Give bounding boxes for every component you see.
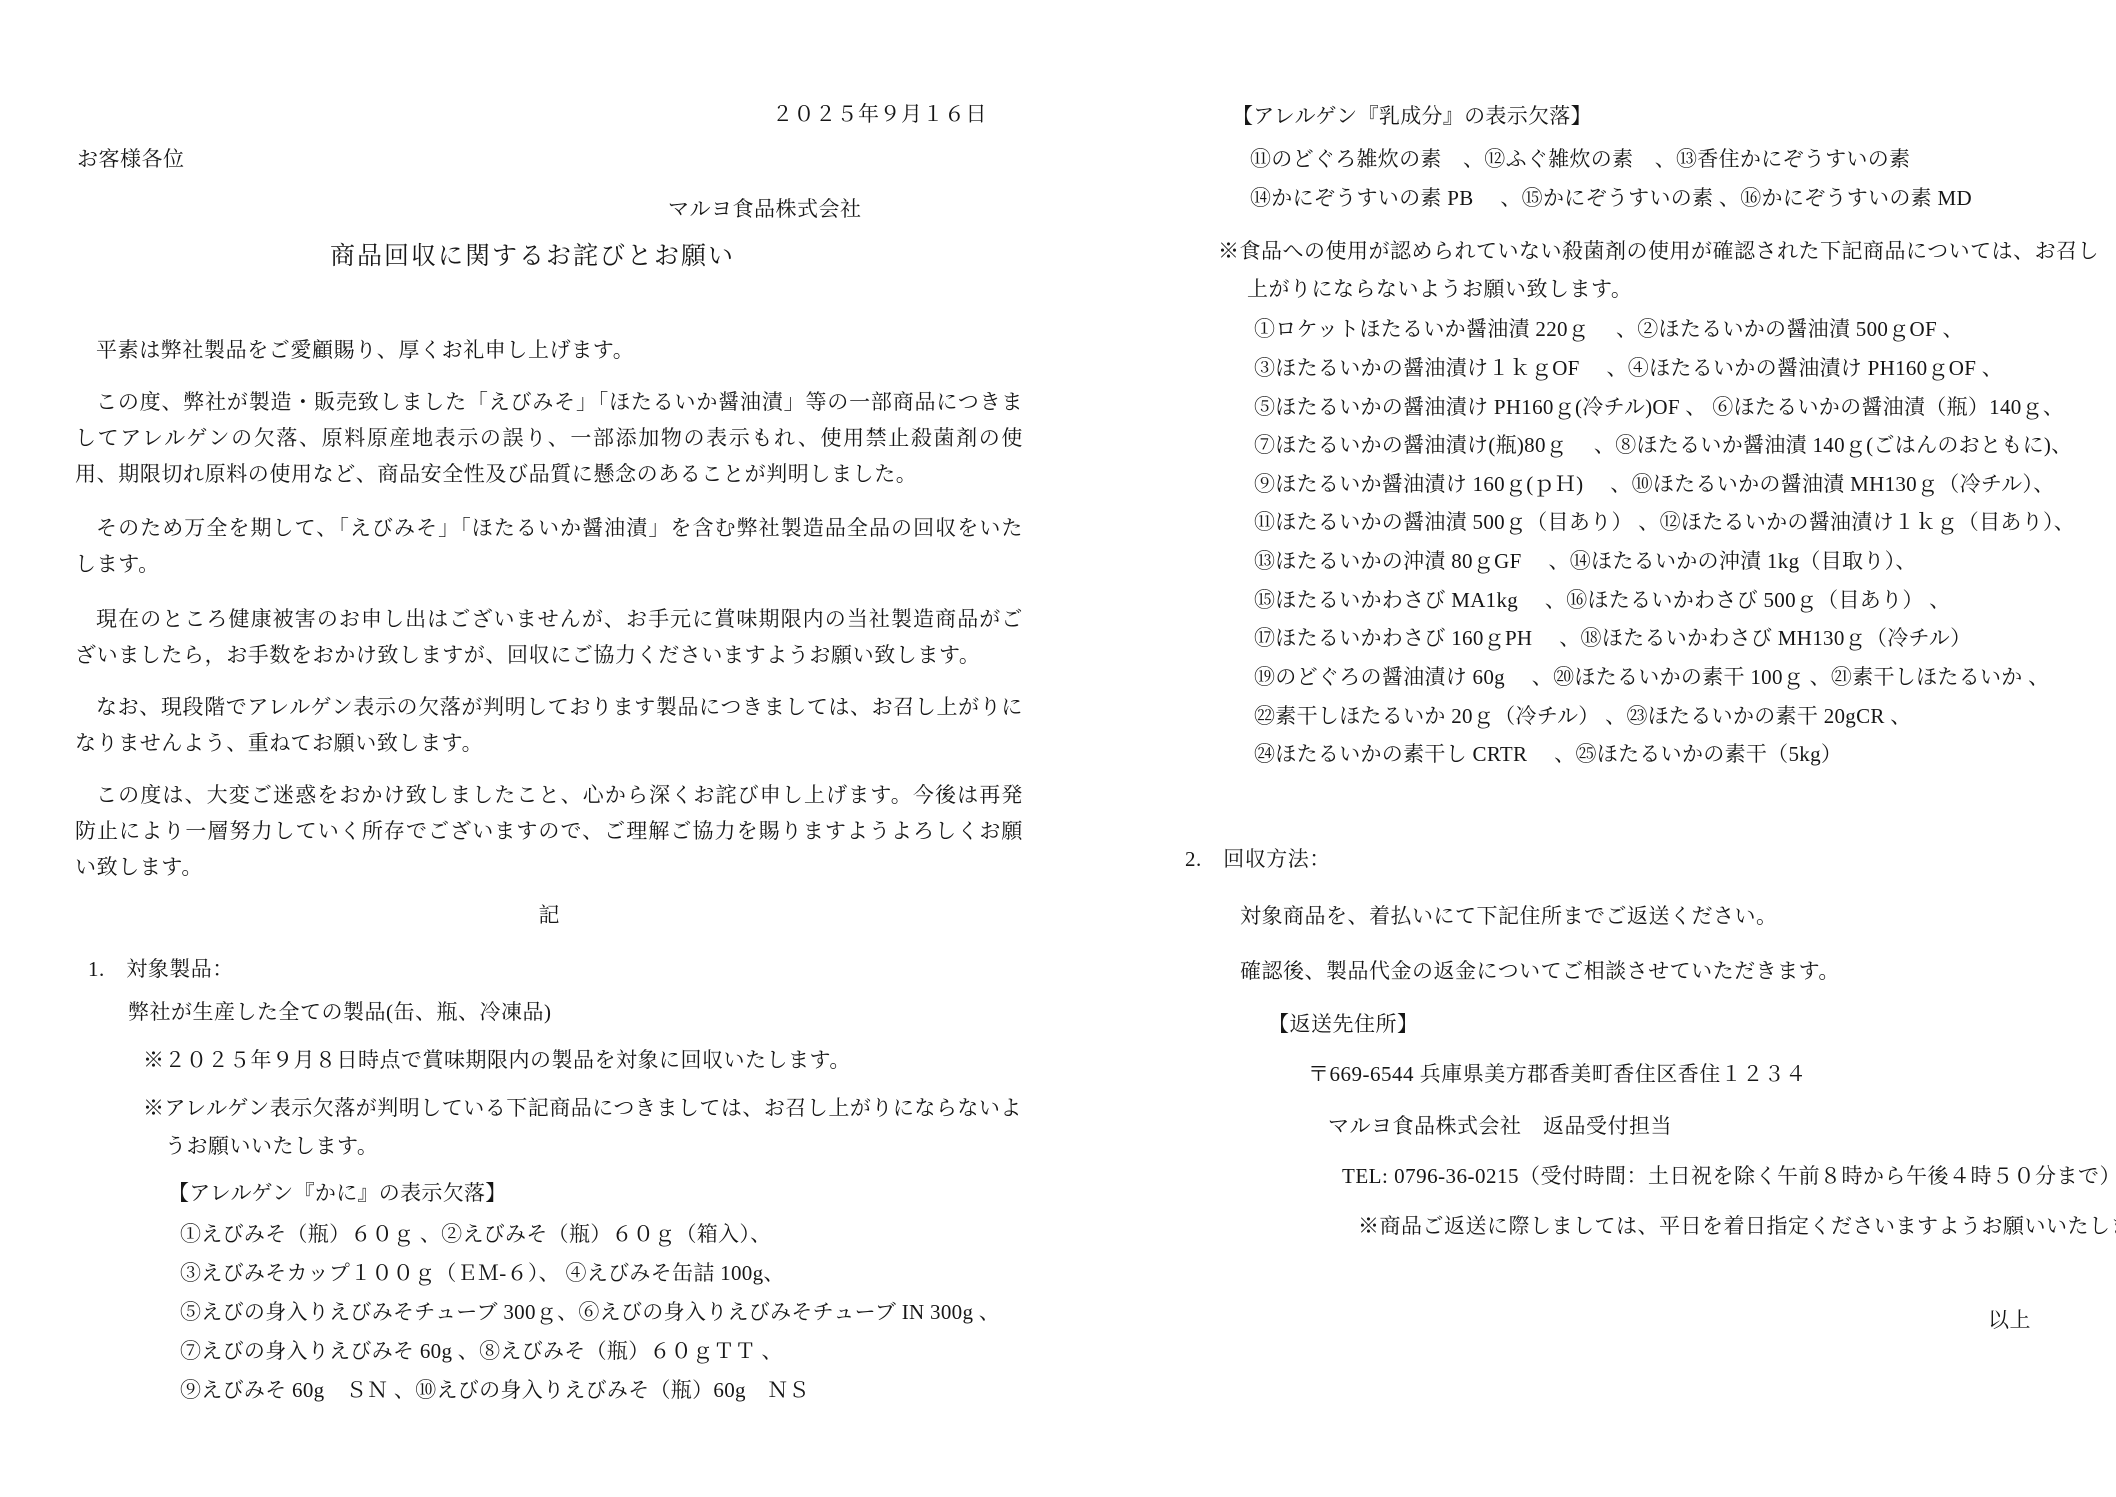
kani-item-line: ⑨えびみそ 60g ＳＮ 、⑩えびの身入りえびみそ（瓶）60g ＮＳ [180,1374,810,1404]
return-instruction: 対象商品を、着払いにて下記住所までご返送ください。 [1240,898,1778,934]
disinfectant-item-line: ⑲のどぐろの醤油漬け 60g 、⑳ほたるいかの素干 100ｇ 、㉑素干しほたるい… [1254,661,2049,691]
disinfectant-item-line: ⑦ほたるいかの醤油漬け(瓶)80ｇ 、⑧ほたるいか醤油漬 140ｇ(ごはんのおと… [1254,429,2072,459]
kani-item-line: ⑤えびの身入りえびみそチューブ 300ｇ、⑥えびの身入りえびみそチューブ IN … [180,1296,1000,1326]
disinfectant-item-line: ⑤ほたるいかの醤油漬け PH160ｇ(冷チル)OF 、 ⑥ほたるいかの醤油漬（瓶… [1254,391,2064,421]
section2-heading: 2. 回収方法： [1185,841,1331,877]
refund-note: 確認後、製品代金の返金についてご相談させていただきます。 [1240,953,1840,989]
tel-line: TEL: 0796-36-0215（受付時間：土日祝を除く午前８時から午後４時５… [1342,1158,2116,1194]
document-title: 商品回収に関するお詫びとお願い [330,236,735,272]
disinfectant-item-line: ①ロケットほたるいか醤油漬 220ｇ 、②ほたるいかの醤油漬 500ｇOF 、 [1254,313,1964,343]
recall-notice-document: ２０２５年９月１６日 お客様各位 マルヨ食品株式会社 商品回収に関するお詫びとお… [0,0,2116,1497]
salutation: お客様各位 [77,141,185,177]
nyu-item-line: ⑭かにぞうすいの素 PB 、⑮かにぞうすいの素 、⑯かにぞうすいの素 MD [1250,182,1972,212]
kani-item-line: ⑦えびの身入りえびみそ 60g 、⑧えびみそ（瓶）６０ｇＴＴ 、 [180,1335,783,1365]
body-paragraph: この度は、大変ご迷惑をおかけ致しましたこと、心から深くお詫び申し上げます。今後は… [75,777,1023,885]
document-date: ２０２５年９月１６日 [772,96,987,132]
closing-ijou: 以上 [1988,1302,2031,1338]
nyu-allergen-heading: 【アレルゲン『乳成分』の表示欠落】 [1232,100,1592,130]
disinfectant-item-line: ㉔ほたるいかの素干し CRTR 、㉕ほたるいかの素干（5kg） [1254,738,1842,768]
ki-marker: 記 [75,899,1023,929]
body-paragraph: なお、現段階でアレルゲン表示の欠落が判明しております製品につきましては、お召し上… [75,689,1023,761]
disinfectant-note-line2: 上がりにならないようお願い致します。 [1247,271,1632,307]
body-paragraph: そのため万全を期して、「えびみそ」「ほたるいか醤油漬」を含む弊社製造品全品の回収… [75,510,1023,582]
section1-heading: 1. 対象製品： [88,951,234,987]
note-recall-date: ※２０２５年９月８日時点で賞味期限内の製品を対象に回収いたします。 [143,1042,851,1078]
disinfectant-item-line: ⑪ほたるいかの醤油漬 500ｇ（目あり） 、⑫ほたるいかの醤油漬け１ｋｇ（目あり… [1254,506,2075,536]
recall-scope: 弊社が生産した全ての製品(缶、瓶、冷凍品) [128,994,552,1030]
disinfectant-item-line: ⑨ほたるいか醤油漬け 160ｇ(ｐＨ) 、⑩ほたるいかの醤油漬 MH130ｇ（冷… [1254,468,2055,498]
disinfectant-item-line: ⑰ほたるいかわさび 160ｇPH 、⑱ほたるいかわさび MH130ｇ（冷チル） [1254,622,1971,652]
postal-address: 〒669-6544 兵庫県美方郡香美町香住区香住１２３４ [1308,1056,1807,1092]
nyu-item-line: ⑪のどぐろ雑炊の素 、⑫ふぐ雑炊の素 、⑬香住かにぞうすいの素 [1250,143,1910,173]
weekday-note: ※商品ご返送に際しましては、平日を着日指定くださいますようお願いいたします。 [1358,1208,2116,1244]
disinfectant-item-line: ⑬ほたるいかの沖漬 80ｇGF 、⑭ほたるいかの沖漬 1kg（目取り）、 [1254,545,1917,575]
disinfectant-item-line: ㉒素干しほたるいか 20ｇ（冷チル） 、㉓ほたるいかの素干 20gCR 、 [1254,700,1912,730]
note-allergen-line2: うお願いいたします。 [165,1128,378,1164]
kani-allergen-heading: 【アレルゲン『かに』の表示欠落】 [168,1177,507,1207]
disinfectant-item-line: ⑮ほたるいかわさび MA1kg 、⑯ほたるいかわさび 500ｇ（目あり） 、 [1254,584,1951,614]
kani-item-line: ③えびみそカップ１００ｇ（ＥＭ‐６）、 ④えびみそ缶詰 100g、 [180,1257,785,1287]
body-paragraph: この度、弊社が製造・販売致しました「えびみそ」「ほたるいか醤油漬」等の一部商品に… [75,384,1023,492]
note-allergen-line1: ※アレルゲン表示欠落が判明している下記商品につきましては、お召し上がりにならない… [143,1090,1022,1126]
return-contact: マルヨ食品株式会社 返品受付担当 [1328,1108,1672,1144]
disinfectant-item-line: ③ほたるいかの醤油漬け１ｋｇOF 、④ほたるいかの醤油漬け PH160ｇOF 、 [1254,352,2003,382]
kani-item-line: ①えびみそ（瓶）６０ｇ 、②えびみそ（瓶）６０ｇ（箱入）、 [180,1218,771,1248]
return-address-heading: 【返送先住所】 [1268,1006,1419,1042]
company-name: マルヨ食品株式会社 [668,191,862,227]
disinfectant-note-line1: ※食品への使用が認められていない殺菌剤の使用が確認された下記商品については、お召… [1218,233,2099,269]
body-paragraph: 現在のところ健康被害のお申し出はございませんが、お手元に賞味期限内の当社製造商品… [75,601,1023,673]
body-paragraph: 平素は弊社製品をご愛顧賜り、厚くお礼申し上げます。 [75,332,1023,368]
